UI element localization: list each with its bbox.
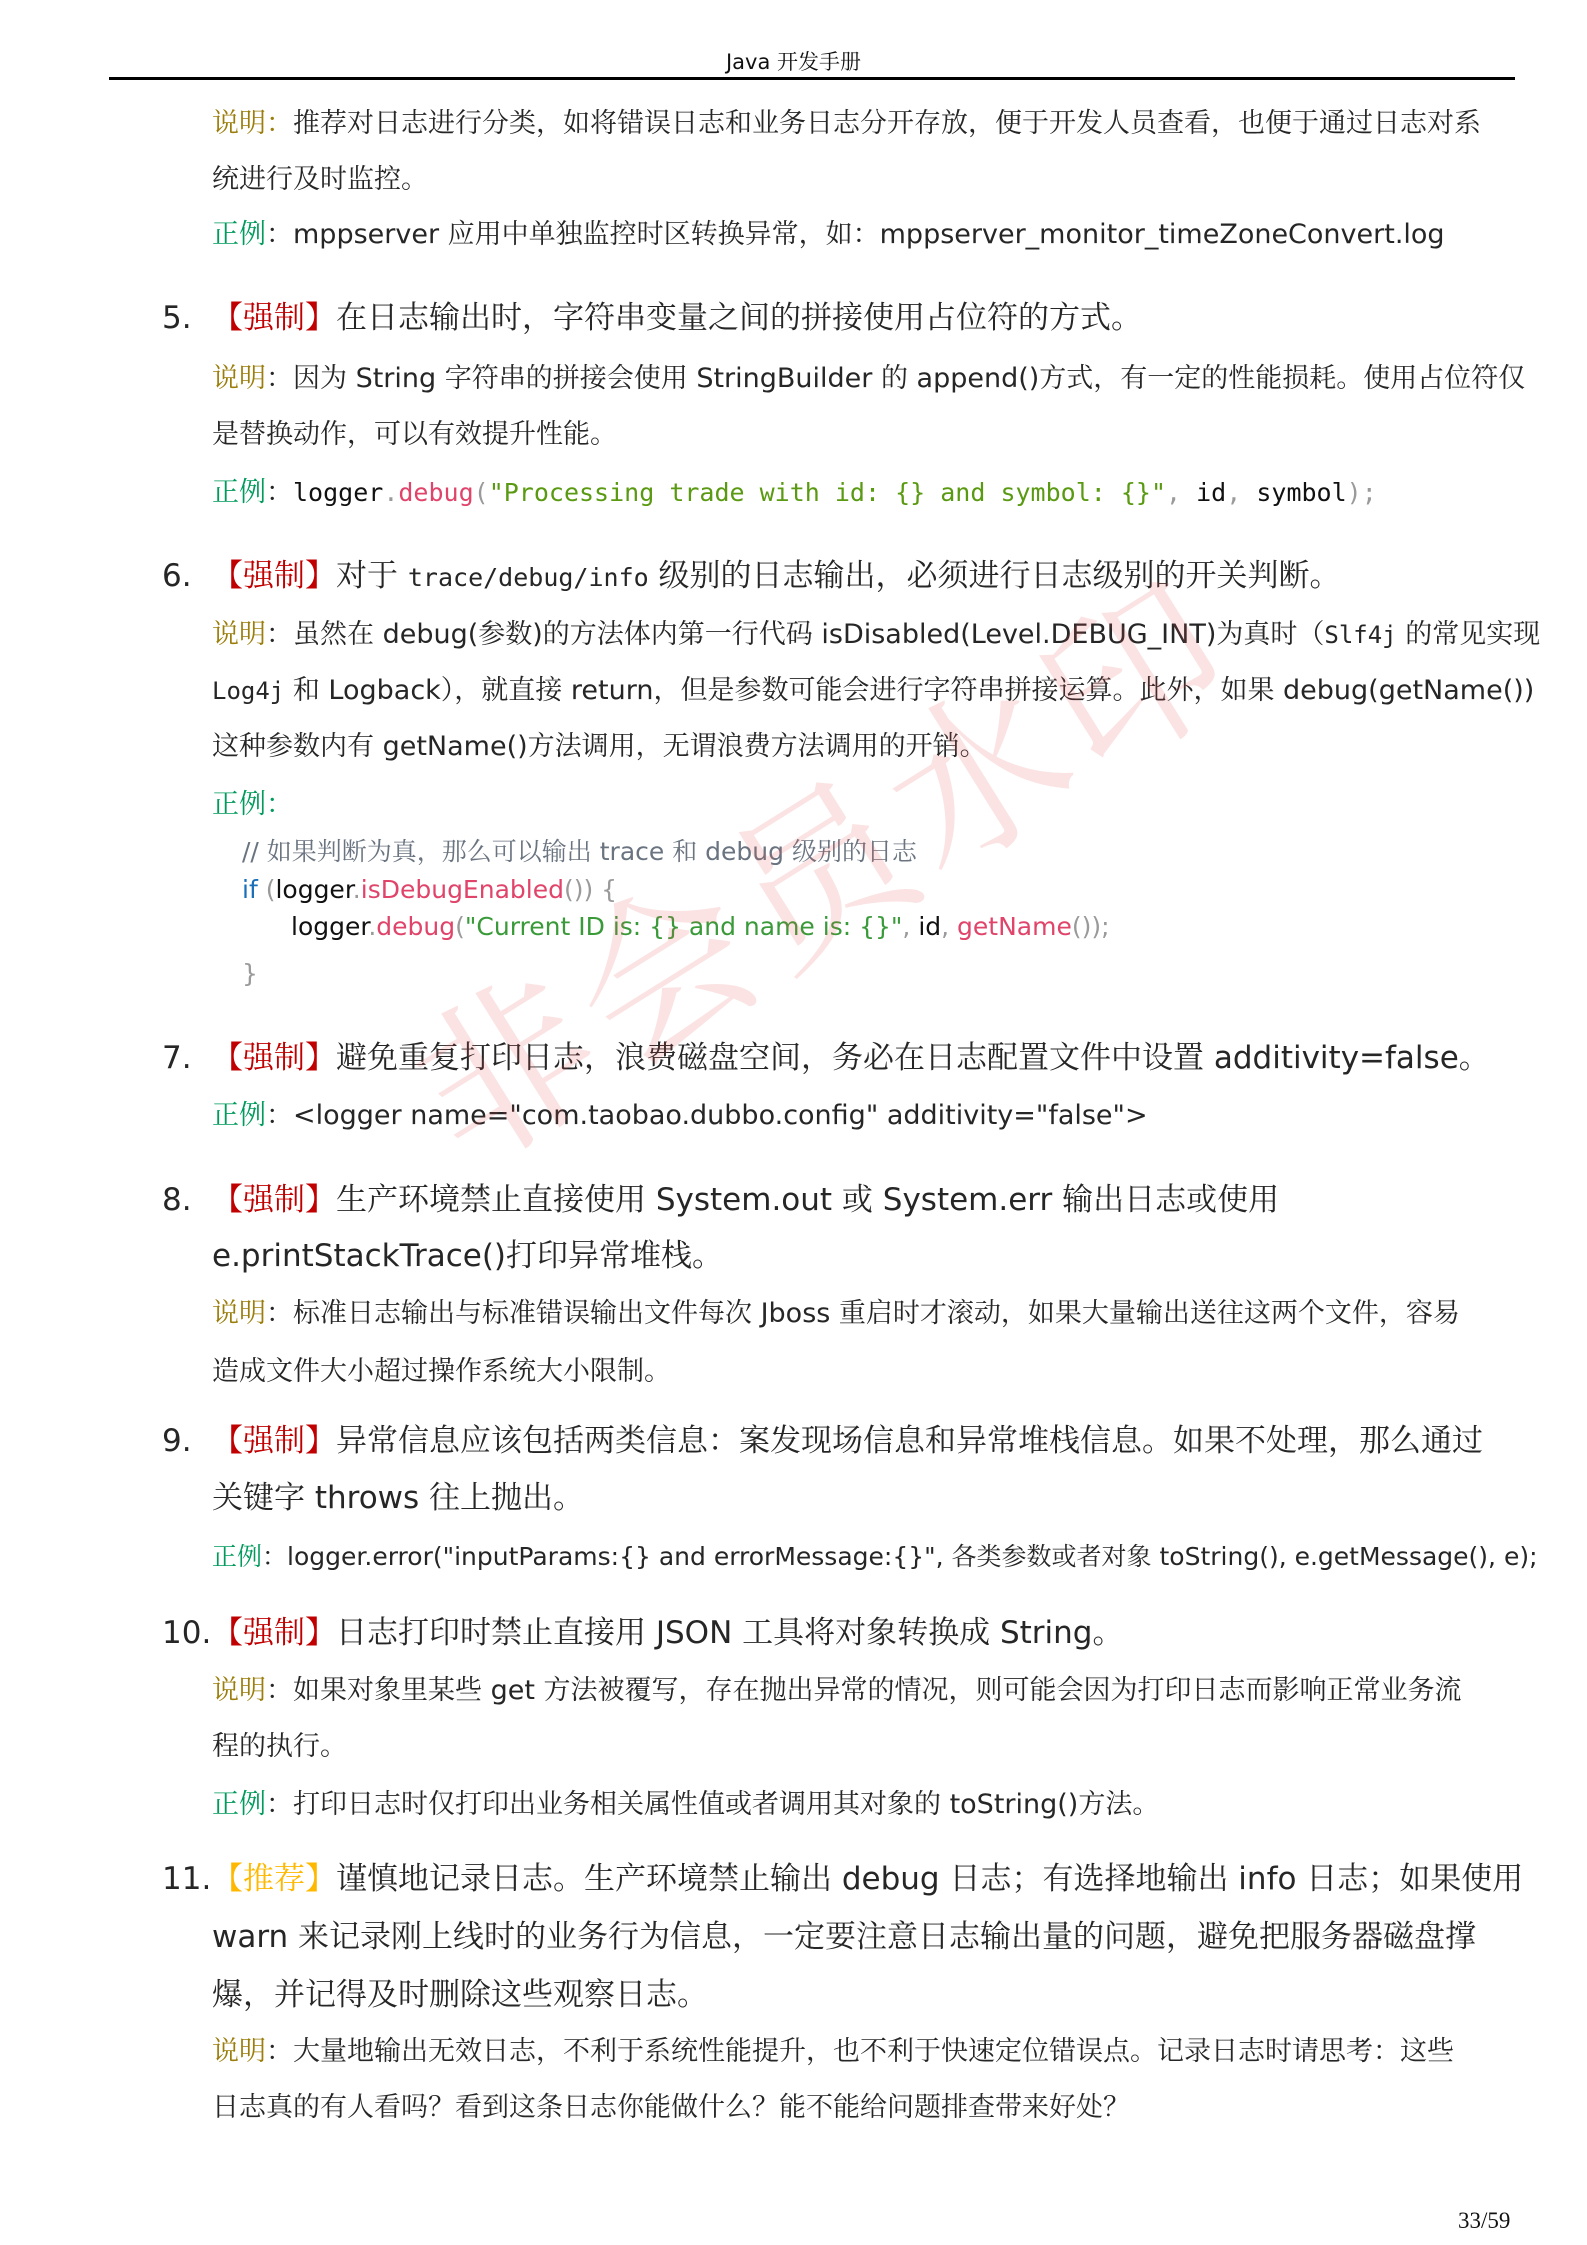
mandatory-tag: 【强制】	[212, 300, 336, 336]
page-header-title: Java 开发手册	[0, 46, 1587, 76]
item-title: 日志打印时禁止直接用 JSON 工具将对象转换成 String。	[336, 1615, 1124, 1651]
rule-item-5: 5. 【强制】在日志输出时，字符串变量之间的拼接使用占位符的方式。	[0, 303, 1587, 337]
rule-item-8: 8. 【强制】生产环境禁止直接使用 System.out 或 System.er…	[0, 1185, 1587, 1219]
note-label: 说明	[212, 1298, 266, 1329]
item-11-title-line3: 爆，并记得及时删除这些观察日志。	[212, 1980, 708, 2011]
item-8-note-line1: 说明：标准日志输出与标准错误输出文件每次 Jboss 重启时才滚动，如果大量输出…	[212, 1300, 1460, 1327]
item-9-example: 正例：logger.error("inputParams:{} and erro…	[212, 1544, 1538, 1569]
item-number: 9.	[162, 1426, 192, 1457]
rule-item-10: 10. 【强制】日志打印时禁止直接用 JSON 工具将对象转换成 String。	[0, 1618, 1587, 1652]
item-5-example: 正例：logger.debug("Processing trade with i…	[212, 479, 1377, 506]
item-title: 在日志输出时，字符串变量之间的拼接使用占位符的方式。	[336, 300, 1142, 336]
rule-item-11: 11. 【推荐】谨慎地记录日志。生产环境禁止输出 debug 日志；有选择地输出…	[0, 1864, 1587, 1898]
document-page: Java 开发手册 说明：推荐对日志进行分类，如将错误日志和业务日志分开存放，便…	[0, 0, 1587, 2245]
item-10-note-line1: 说明：如果对象里某些 get 方法被覆写，存在抛出异常的情况，则可能会因为打印日…	[212, 1677, 1462, 1704]
code-debug-line: logger.debug("Current ID is: {} and name…	[291, 914, 1110, 939]
item-10-example: 正例：打印日志时仅打印出业务相关属性值或者调用其对象的 toString()方法…	[212, 1791, 1159, 1818]
item-7-example: 正例：<logger name="com.taobao.dubbo.config…	[212, 1102, 1148, 1129]
item-title: 异常信息应该包括两类信息：案发现场信息和异常堆栈信息。如果不处理，那么通过	[336, 1423, 1483, 1459]
rule-item-7: 7. 【强制】避免重复打印日志，浪费磁盘空间，务必在日志配置文件中设置 addi…	[0, 1043, 1587, 1077]
inline-code: trace/debug/info	[408, 563, 649, 592]
item-title: 谨慎地记录日志。生产环境禁止输出 debug 日志；有选择地输出 info 日志…	[336, 1861, 1523, 1897]
item-number: 11.	[162, 1864, 211, 1895]
item-6-note-line3: 这种参数内有 getName()方法调用，无谓浪费方法调用的开销。	[212, 733, 987, 760]
item-11-note-line1: 说明：大量地输出无效日志，不利于系统性能提升，也不利于快速定位错误点。记录日志时…	[212, 2038, 1454, 2065]
example-label: 正例	[212, 1789, 266, 1820]
note-label: 说明	[212, 1675, 266, 1706]
mandatory-tag: 【强制】	[212, 1615, 336, 1651]
note-label: 说明	[212, 108, 266, 139]
item-10-note-line2: 程的执行。	[212, 1733, 347, 1760]
item-8-title-line2: e.printStackTrace()打印异常堆栈。	[212, 1241, 723, 1272]
example-label: 正例	[212, 219, 266, 250]
note-label: 说明	[212, 363, 266, 394]
item-number: 5.	[162, 303, 192, 334]
recommended-tag: 【推荐】	[212, 1861, 336, 1897]
page-number: 33/59	[1458, 2208, 1510, 2234]
item-8-note-line2: 造成文件大小超过操作系统大小限制。	[212, 1358, 671, 1385]
example-label: 正例	[212, 477, 266, 508]
rule-item-9: 9. 【强制】异常信息应该包括两类信息：案发现场信息和异常堆栈信息。如果不处理，…	[0, 1426, 1587, 1460]
rule-item-6: 6. 【强制】对于 trace/debug/info 级别的日志输出，必须进行日…	[0, 561, 1587, 595]
item-5-note-line2: 是替换动作，可以有效提升性能。	[212, 421, 617, 448]
code-if-line: if (logger.isDebugEnabled()) {	[242, 877, 617, 902]
mandatory-tag: 【强制】	[212, 1423, 336, 1459]
mandatory-tag: 【强制】	[212, 1182, 336, 1218]
item-11-title-line2: warn 来记录刚上线时的业务行为信息，一定要注意日志输出量的问题，避免把服务器…	[212, 1922, 1476, 1953]
intro-note-line1: 说明：推荐对日志进行分类，如将错误日志和业务日志分开存放，便于开发人员查看，也便…	[212, 110, 1481, 137]
item-9-title-line2: 关键字 throws 往上抛出。	[212, 1483, 584, 1514]
note-label: 说明	[212, 619, 266, 650]
item-6-example-label: 正例：	[212, 791, 293, 818]
mandatory-tag: 【强制】	[212, 1040, 336, 1076]
example-label: 正例	[212, 1100, 266, 1131]
item-title: 生产环境禁止直接使用 System.out 或 System.err 输出日志或…	[336, 1182, 1279, 1218]
item-number: 7.	[162, 1043, 192, 1074]
item-6-note-line2: Log4j 和 Logback），就直接 return，但是参数可能会进行字符串…	[212, 677, 1534, 704]
code-comment: // 如果判断为真，那么可以输出 trace 和 debug 级别的日志	[242, 839, 917, 864]
intro-note-line2: 统进行及时监控。	[212, 166, 428, 193]
code-end-brace: }	[242, 961, 258, 986]
example-label: 正例	[212, 789, 266, 820]
item-11-note-line2: 日志真的有人看吗？看到这条日志你能做什么？能不能给问题排查带来好处？	[212, 2094, 1130, 2121]
header-rule	[109, 77, 1515, 80]
example-label: 正例	[212, 1542, 262, 1571]
mandatory-tag: 【强制】	[212, 558, 336, 594]
item-number: 8.	[162, 1185, 192, 1216]
code-snippet: logger.debug("Processing trade with id: …	[293, 478, 1377, 507]
item-6-note-line1: 说明：虽然在 debug(参数)的方法体内第一行代码 isDisabled(Le…	[212, 621, 1540, 648]
item-title: 避免重复打印日志，浪费磁盘空间，务必在日志配置文件中设置 additivity=…	[336, 1040, 1490, 1076]
item-number: 6.	[162, 561, 192, 592]
item-5-note-line1: 说明：因为 String 字符串的拼接会使用 StringBuilder 的 a…	[212, 365, 1525, 392]
item-number: 10.	[162, 1618, 211, 1649]
intro-example: 正例：mppserver 应用中单独监控时区转换异常，如：mppserver_m…	[212, 221, 1445, 248]
note-label: 说明	[212, 2036, 266, 2067]
